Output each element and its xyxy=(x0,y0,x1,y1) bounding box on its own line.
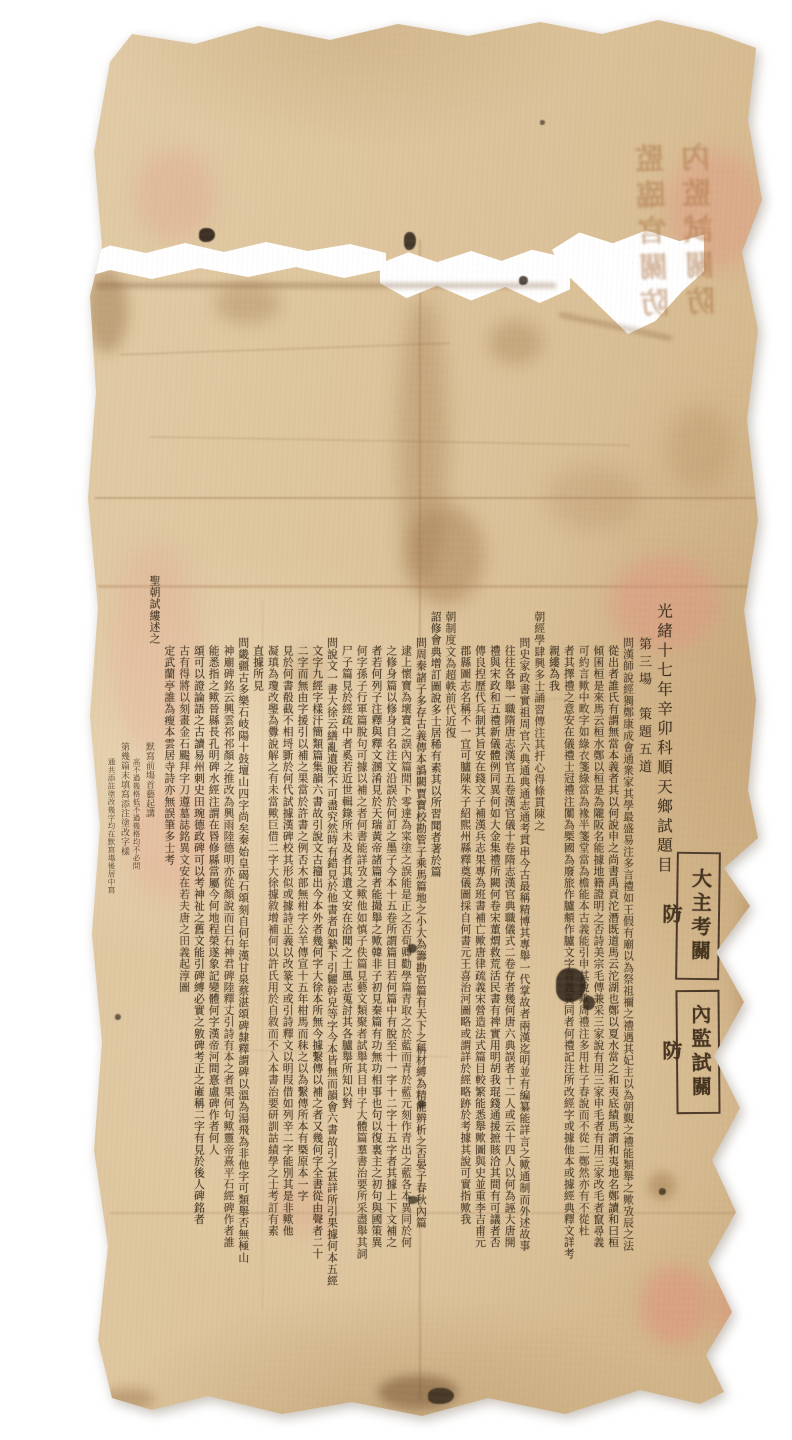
ink-spots xyxy=(0,0,792,1440)
exam-paper-sheet: 監臨官關防內監試關防 光緒十七年辛卯科順天鄉試題目第三場 策題五道問漢師說經獨鄭… xyxy=(0,0,792,1440)
ink-spot xyxy=(418,1100,426,1108)
ink-spot xyxy=(540,120,545,125)
ink-spot xyxy=(199,228,215,242)
ink-spot xyxy=(428,1388,454,1404)
paper-shadow-wrap: 監臨官關防內監試關防 光緒十七年辛卯科順天鄉試題目第三場 策題五道問漢師說經獨鄭… xyxy=(0,0,792,1440)
photograph-background: 監臨官關防內監試關防 光緒十七年辛卯科順天鄉試題目第三場 策題五道問漢師說經獨鄭… xyxy=(0,0,792,1440)
ink-spot xyxy=(115,1014,121,1020)
ink-spot xyxy=(519,276,528,285)
ink-spot xyxy=(659,1188,666,1195)
ink-spot xyxy=(408,1196,418,1204)
ink-spot xyxy=(404,232,416,250)
ink-spot xyxy=(556,968,586,1002)
ink-spot xyxy=(583,996,595,1010)
ink-spot xyxy=(408,944,417,953)
